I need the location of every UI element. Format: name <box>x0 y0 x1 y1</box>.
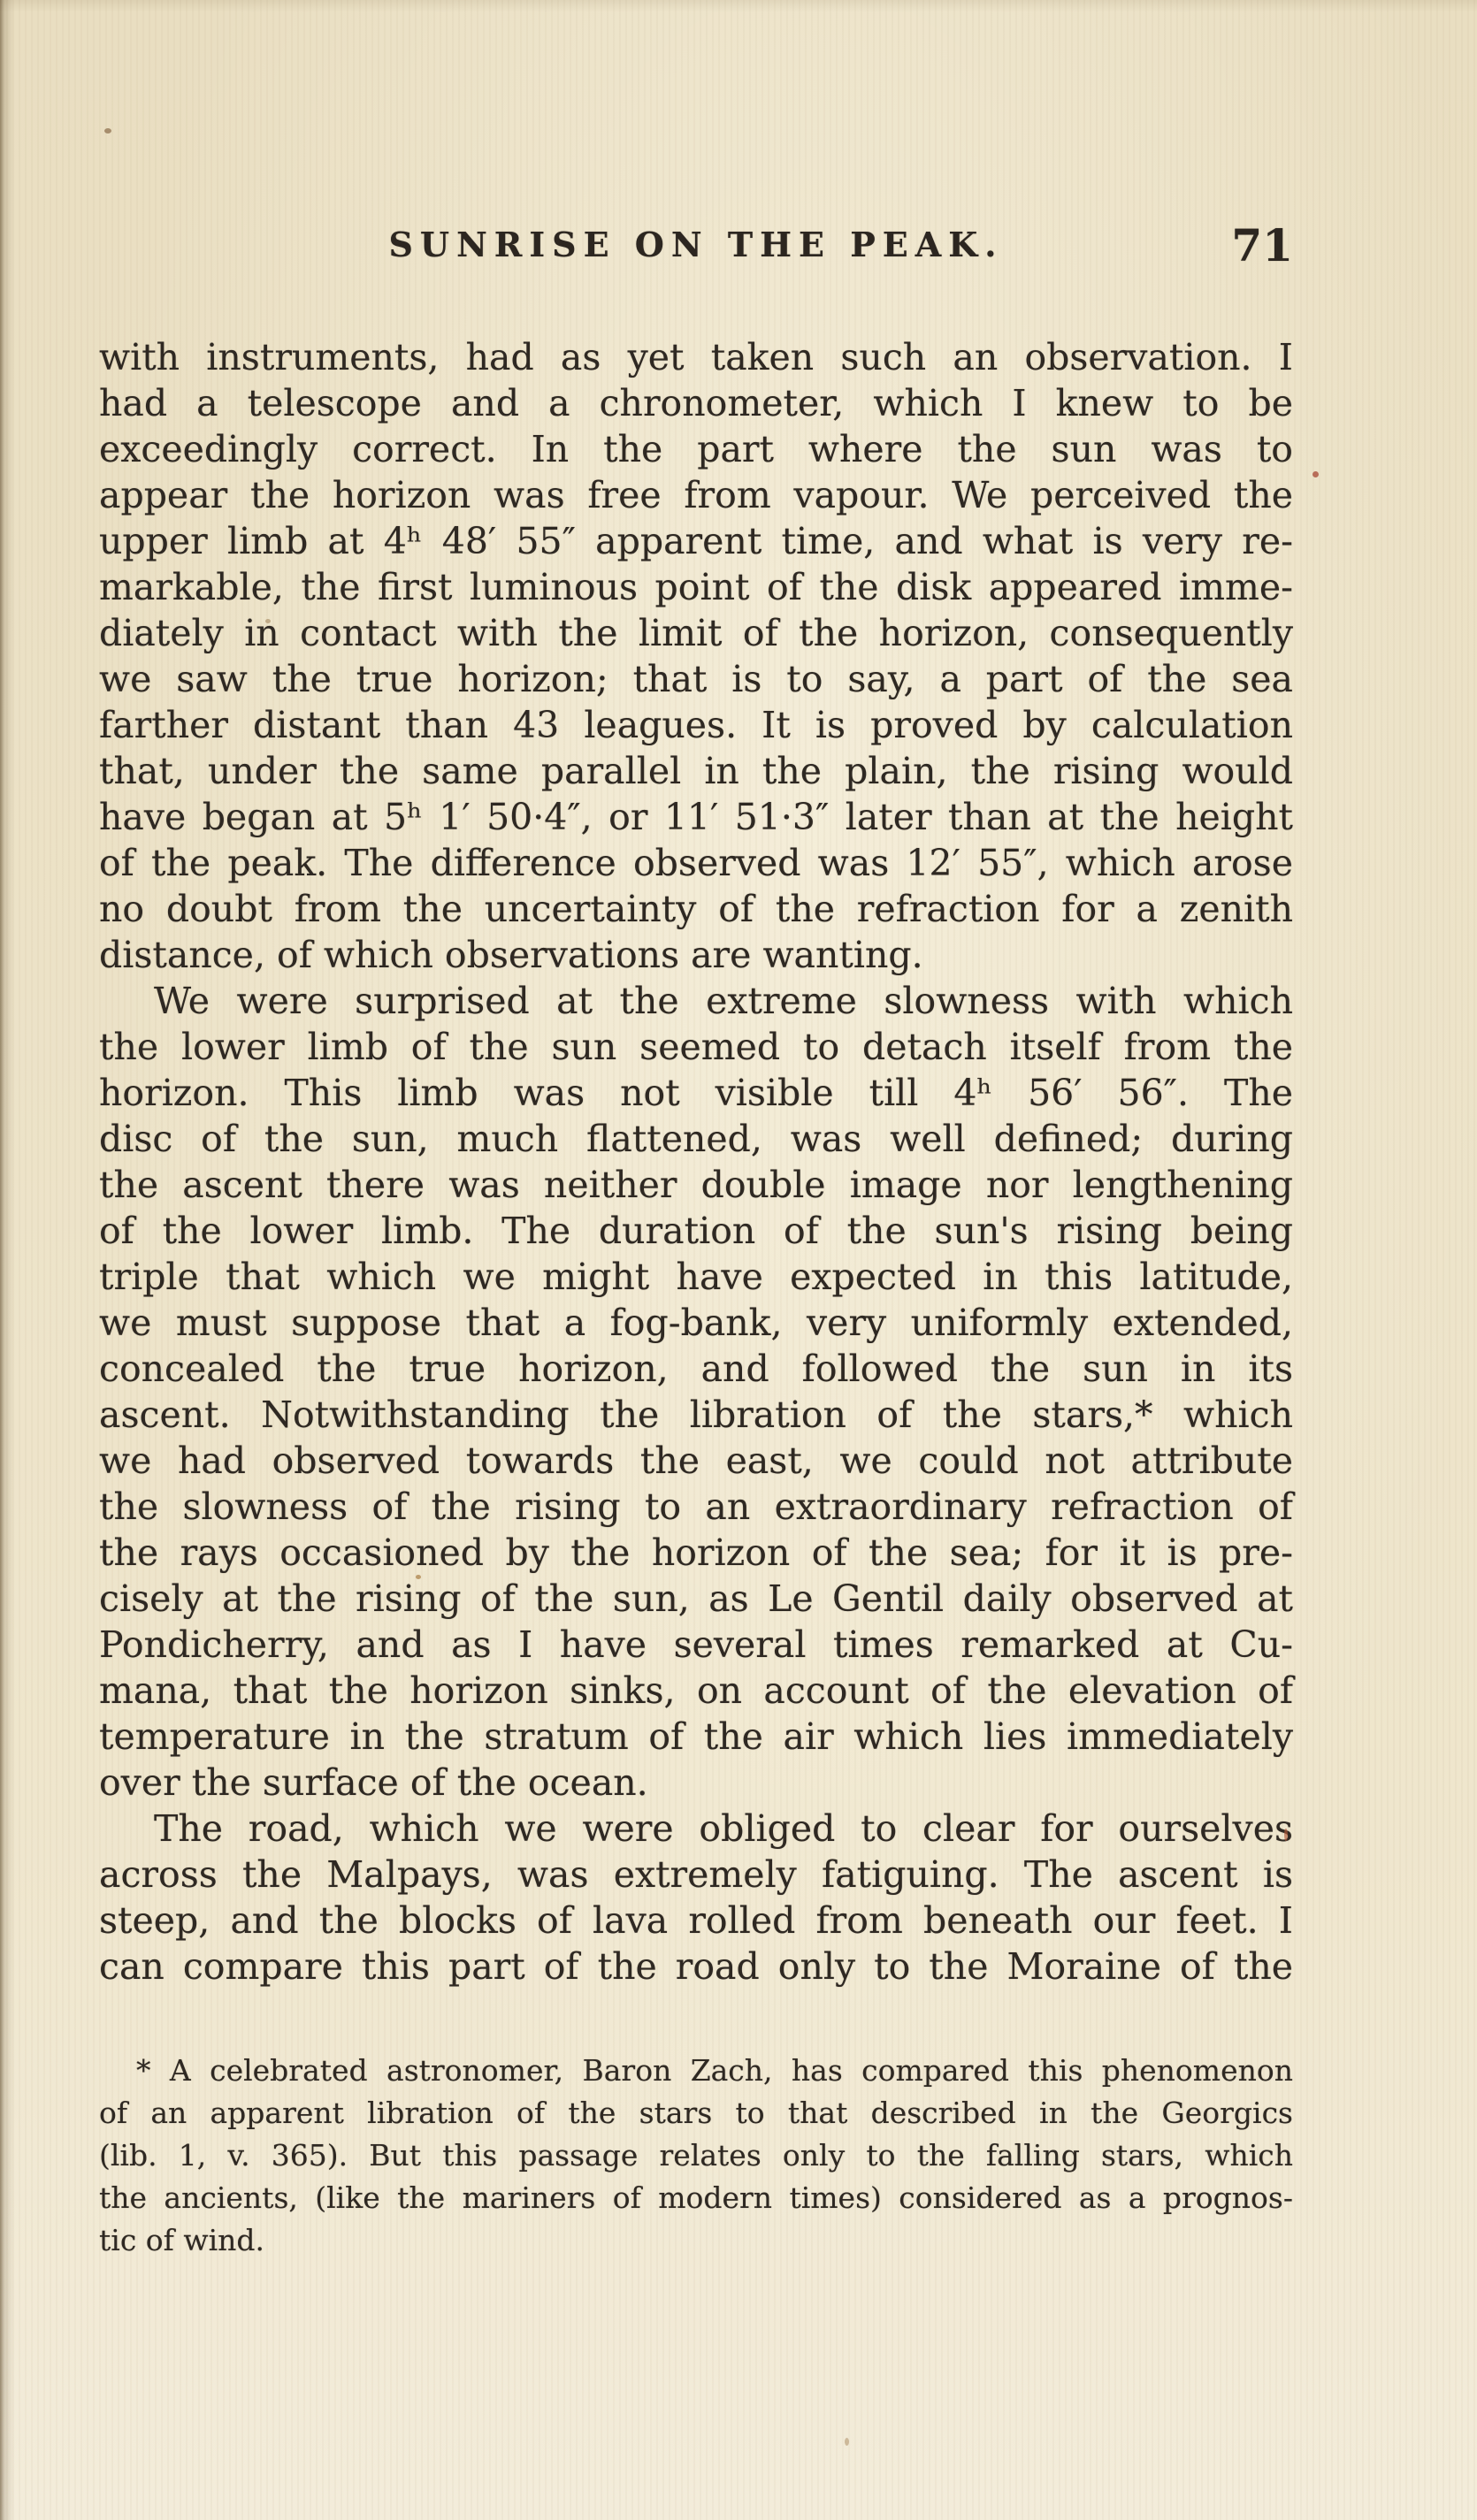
text-line: cisely at the rising of the sun, as Le G… <box>99 1576 1293 1622</box>
text-line: temperature in the stratum of the air wh… <box>99 1714 1293 1760</box>
text-line: The road, which we were obliged to clear… <box>99 1806 1293 1852</box>
text-line: ascent. Notwithstanding the libration of… <box>99 1392 1293 1438</box>
text-line: mana, that the horizon sinks, on account… <box>99 1668 1293 1714</box>
text-line: distance, of which observations are want… <box>99 932 1293 978</box>
paragraph: with instruments, had as yet taken such … <box>99 334 1293 978</box>
text-line: disc of the sun, much flattened, was wel… <box>99 1116 1293 1162</box>
text-line: can compare this part of the road only t… <box>99 1943 1293 1989</box>
text-line: we had observed towards the east, we cou… <box>99 1438 1293 1484</box>
text-line: the lower limb of the sun seemed to deta… <box>99 1024 1293 1070</box>
text-line: (lib. 1, v. 365). But this passage relat… <box>99 2134 1293 2177</box>
text-line: of an apparent libration of the stars to… <box>99 2092 1293 2134</box>
text-line: have began at 5ʰ 1′ 50·4″, or 11′ 51·3″ … <box>99 794 1293 840</box>
text-line: of the peak. The difference observed was… <box>99 840 1293 886</box>
text-line: diately in contact with the limit of the… <box>99 610 1293 656</box>
body-text: with instruments, had as yet taken such … <box>99 334 1293 1989</box>
paper-speck <box>104 128 111 134</box>
text-line: steep, and the blocks of lava rolled fro… <box>99 1898 1293 1943</box>
text-line: across the Malpays, was extremely fatigu… <box>99 1852 1293 1898</box>
paper-speck <box>1312 471 1319 477</box>
text-line: of the lower limb. The duration of the s… <box>99 1208 1293 1254</box>
text-line: over the surface of the ocean. <box>99 1760 1293 1806</box>
text-line: the ascent there was neither double imag… <box>99 1162 1293 1208</box>
book-page: SUNRISE ON THE PEAK. 71 with instruments… <box>0 0 1477 2520</box>
text-line: farther distant than 43 leagues. It is p… <box>99 702 1293 748</box>
text-line: the slowness of the rising to an extraor… <box>99 1484 1293 1530</box>
paragraph: The road, which we were obliged to clear… <box>99 1806 1293 1989</box>
text-line: exceedingly correct. In the part where t… <box>99 426 1293 472</box>
text-line: upper limb at 4ʰ 48′ 55″ apparent time, … <box>99 518 1293 564</box>
paper-speck <box>845 2438 849 2446</box>
text-line: * A celebrated astronomer, Baron Zach, h… <box>99 2050 1293 2092</box>
text-line: We were surprised at the extreme slownes… <box>99 978 1293 1024</box>
text-line: concealed the true horizon, and followed… <box>99 1346 1293 1392</box>
text-line: we saw the true horizon; that is to say,… <box>99 656 1293 702</box>
text-line: triple that which we might have expected… <box>99 1254 1293 1300</box>
footnote: * A celebrated astronomer, Baron Zach, h… <box>99 2050 1293 2262</box>
text-line: appear the horizon was free from vapour.… <box>99 472 1293 518</box>
text-line: that, under the same parallel in the pla… <box>99 748 1293 794</box>
page-header: SUNRISE ON THE PEAK. 71 <box>99 219 1293 269</box>
text-line: tic of wind. <box>99 2219 1293 2262</box>
text-line: markable, the first luminous point of th… <box>99 564 1293 610</box>
running-title: SUNRISE ON THE PEAK. <box>99 225 1293 264</box>
text-line: the rays occasioned by the horizon of th… <box>99 1530 1293 1576</box>
text-line: had a telescope and a chronometer, which… <box>99 380 1293 426</box>
text-line: no doubt from the uncertainty of the ref… <box>99 886 1293 932</box>
text-line: the ancients, (like the mariners of mode… <box>99 2177 1293 2219</box>
paragraph: We were surprised at the extreme slownes… <box>99 978 1293 1806</box>
text-line: horizon. This limb was not visible till … <box>99 1070 1293 1116</box>
text-line: we must suppose that a fog-bank, very un… <box>99 1300 1293 1346</box>
text-line: with instruments, had as yet taken such … <box>99 334 1293 380</box>
text-line: Pondicherry, and as I have several times… <box>99 1622 1293 1668</box>
page-number: 71 <box>1231 219 1293 271</box>
